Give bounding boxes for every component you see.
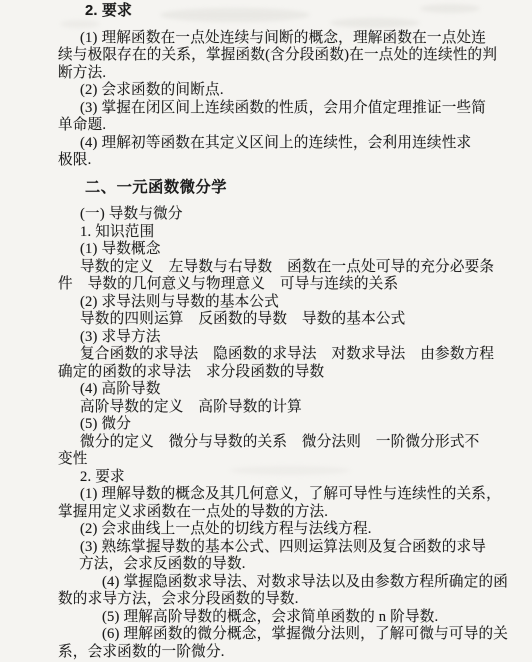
text-line: (一) 导数与微分 [80, 206, 532, 224]
text-line: (4) 掌握隐函数求导法、对数求导法以及由参数方程所确定的函 [102, 574, 532, 592]
text-line: 2. 要求 [85, 3, 532, 21]
text-line: 数的求导方法，会求分段函数的导数. [58, 591, 532, 609]
text-line: 导数的四则运算 反函数的导数 导数的基本公式 [80, 311, 532, 329]
text-line: 方法，会求反函数的导数. [79, 556, 532, 574]
text-line: (4) 高阶导数 [80, 381, 532, 399]
text-line: 系，会求函数的一阶微分. [58, 644, 532, 662]
text-line: 单命题. [58, 117, 532, 135]
text-line: 2. 要求 [80, 469, 532, 487]
text-line: (1) 理解导数的概念及其几何意义，了解可导性与连续性的关系， [80, 486, 532, 504]
text-line: (4) 理解初等函数在其定义区间上的连续性，会利用连续性求 [80, 135, 532, 153]
text-line: (5) 微分 [80, 416, 532, 434]
document-lines: 2. 要求(1) 理解函数在一点处连续与间断的概念，理解函数在一点处连续与极限存… [58, 3, 532, 661]
text-line: (3) 熟练掌握导数的基本公式、四则运算法则及复合函数的求导 [80, 539, 532, 557]
text-line: (5) 理解高阶导数的概念，会求简单函数的 n 阶导数. [102, 609, 532, 627]
text-line: 变性 [58, 451, 532, 469]
text-line: (1) 理解函数在一点处连续与间断的概念，理解函数在一点处连 [80, 30, 532, 48]
text-line: (1) 导数概念 [80, 241, 532, 259]
text-line: (2) 会求曲线上一点处的切线方程与法线方程. [80, 521, 532, 539]
text-line: 高阶导数的定义 高阶导数的计算 [80, 399, 532, 417]
text-line: 导数的定义 左导数与右导数 函数在一点处可导的充分必要条 [80, 259, 532, 277]
text-line: 件 导数的几何意义与物理意义 可导与连续的关系 [58, 276, 532, 294]
text-line: (3) 掌握在闭区间上连续函数的性质，会用介值定理推证一些简 [80, 100, 532, 118]
text-line: (3) 求导方法 [80, 329, 532, 347]
text-line: 掌握用定义求函数在一点处的导数的方法. [58, 504, 532, 522]
text-line: 断方法. [58, 65, 532, 83]
text-line: 二、一元函数微分学 [85, 179, 532, 197]
text-line: 微分的定义 微分与导数的关系 微分法则 一阶微分形式不 [80, 434, 532, 452]
text-line: (2) 会求函数的间断点. [80, 82, 532, 100]
text-line: (6) 理解函数的微分概念，掌握微分法则，了解可微与可导的关 [102, 626, 532, 644]
text-line: 确定的函数的求导法 求分段函数的导数 [58, 364, 532, 382]
text-line: 1. 知识范围 [80, 224, 532, 242]
text-line: (2) 求导法则与导数的基本公式 [80, 294, 532, 312]
text-line: 极限. [58, 152, 532, 170]
text-line: 续与极限存在的关系，掌握函数(含分段函数)在一点处的连续性的判 [58, 47, 532, 65]
scanned-page: 2. 要求(1) 理解函数在一点处连续与间断的概念，理解函数在一点处连续与极限存… [0, 0, 532, 662]
text-line: 复合函数的求导法 隐函数的求导法 对数求导法 由参数方程 [80, 346, 532, 364]
